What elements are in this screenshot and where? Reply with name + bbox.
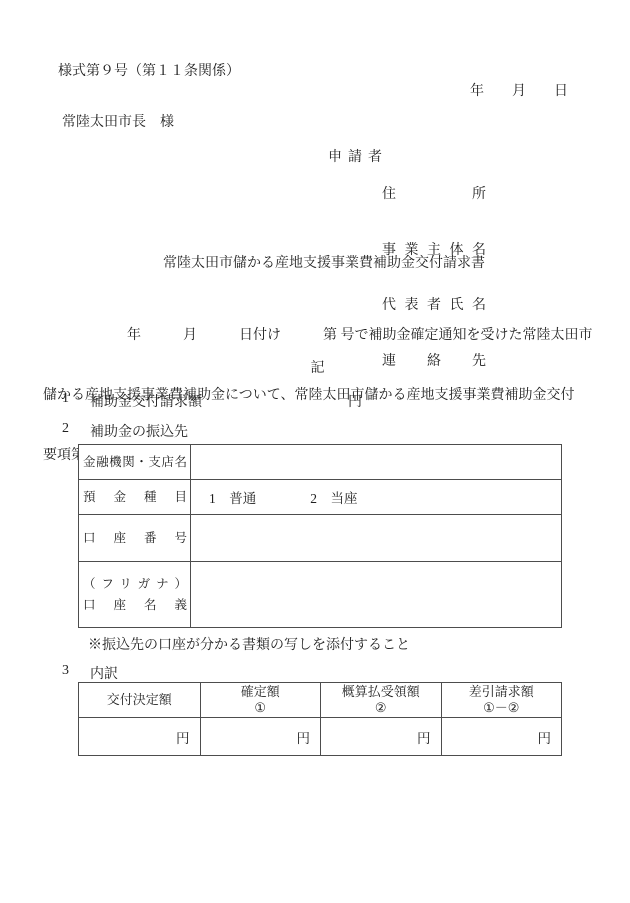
bank-account-number-label: 口座番号 xyxy=(83,528,187,549)
header-line: 差引請求額 xyxy=(469,684,534,700)
bank-table-note: ※振込先の口座が分かる書類の写しを添付すること xyxy=(88,634,410,654)
header-line: 交付決定額 xyxy=(107,692,172,708)
breakdown-header-balance-requested: 差引請求額 ①－② xyxy=(441,683,562,717)
bank-transfer-table: 金融機関・支店名 預金種目 1 普通 2 当座 口座番号 （フリガナ） 口座名義 xyxy=(78,444,562,628)
table-row: 金融機関・支店名 xyxy=(79,445,561,479)
breakdown-header-fixed-amount: 確定額 ① xyxy=(200,683,321,717)
bank-account-type-label: 預金種目 xyxy=(83,487,187,508)
bank-institution-value-cell xyxy=(191,445,561,479)
item3-label: 内訳 xyxy=(90,663,118,683)
header-line: 概算払受領額 xyxy=(342,684,420,700)
bank-account-holder-label: 口座名義 xyxy=(83,595,187,616)
document-page: 様式第９号（第１１条関係） 年 月 日 常陸太田市長 様 申請者 住所 事業主体… xyxy=(0,0,630,903)
header-line: 確定額 xyxy=(241,684,280,700)
item2-number: 2 xyxy=(62,421,69,437)
bank-row-account-type-label-cell: 預金種目 xyxy=(79,480,191,514)
breakdown-value-decided-yen: 円 xyxy=(79,718,200,755)
header-subline-circled-1: ① xyxy=(254,700,266,716)
item1-number: 1 xyxy=(62,391,69,407)
bank-account-type-options: 1 普通 2 当座 xyxy=(191,480,561,514)
bank-institution-label: 金融機関・支店名 xyxy=(83,452,187,473)
body-line-1: 年 月 日付け 第 号で補助金確定通知を受けた常陸太田市 xyxy=(43,326,593,346)
bank-row-institution-label-cell: 金融機関・支店名 xyxy=(79,445,191,479)
ki-heading: 記 xyxy=(0,357,630,377)
item1-unit-yen: 円 xyxy=(348,391,362,411)
bank-row-account-number-label-cell: 口座番号 xyxy=(79,515,191,561)
addressee: 常陸太田市長 様 xyxy=(62,111,174,131)
breakdown-header-decided-amount: 交付決定額 xyxy=(79,683,200,717)
bank-row-account-holder-label-cell: （フリガナ） 口座名義 xyxy=(79,562,191,627)
form-number: 様式第９号（第１１条関係） xyxy=(58,60,240,80)
breakdown-header-row: 交付決定額 確定額 ① 概算払受領額 ② 差引請求額 ①－② xyxy=(79,683,561,718)
header-subline-formula: ①－② xyxy=(483,700,519,716)
breakdown-value-fixed-yen: 円 xyxy=(200,718,321,755)
breakdown-table: 交付決定額 確定額 ① 概算払受領額 ② 差引請求額 ①－② 円 円 円 円 xyxy=(78,682,562,756)
table-row: 預金種目 1 普通 2 当座 xyxy=(79,479,561,514)
breakdown-header-provisional-payment: 概算払受領額 ② xyxy=(320,683,441,717)
bank-account-holder-value-cell xyxy=(191,562,561,627)
bank-furigana-label: （フリガナ） xyxy=(83,574,187,595)
breakdown-value-provisional-yen: 円 xyxy=(320,718,441,755)
header-subline-circled-2: ② xyxy=(375,700,387,716)
item1-label: 補助金交付請求額 xyxy=(90,391,202,411)
table-row: （フリガナ） 口座名義 xyxy=(79,561,561,627)
breakdown-value-row: 円 円 円 円 xyxy=(79,718,561,755)
date-line: 年 月 日 xyxy=(470,80,568,100)
item3-number: 3 xyxy=(62,663,69,679)
document-title: 常陸太田市儲かる産地支援事業費補助金交付請求書 xyxy=(0,252,630,272)
item2-label: 補助金の振込先 xyxy=(90,421,188,441)
applicant-field-address: 住所 xyxy=(382,186,486,205)
breakdown-value-balance-yen: 円 xyxy=(441,718,562,755)
table-row: 口座番号 xyxy=(79,514,561,561)
bank-account-number-value-cell xyxy=(191,515,561,561)
